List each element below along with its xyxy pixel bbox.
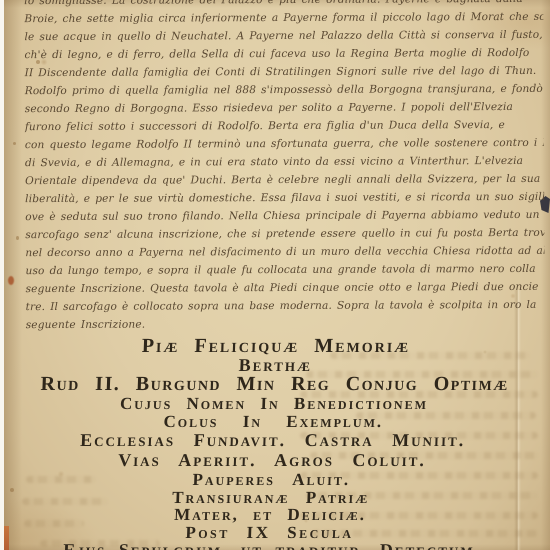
foxing-speck bbox=[13, 142, 16, 145]
inscription-line: Berthæ bbox=[8, 357, 544, 374]
manuscript-line: Orientale dipendeva da que' Duchi. Berta… bbox=[25, 170, 544, 190]
manuscript-line: seguente Inscrizione. Questa tavola è al… bbox=[26, 278, 545, 298]
manuscript-line: sarcofago senz' alcuna inscrizione, che … bbox=[25, 224, 544, 244]
manuscript-line: Broie, che sette miglia circa inferiorme… bbox=[24, 8, 543, 28]
inscription-line: Mater, et Deliciæ. bbox=[2, 506, 538, 524]
red-ink-stain bbox=[8, 276, 14, 285]
inscription-line: Rud II. Burgund Min Reg Conjug Optimæ bbox=[7, 374, 543, 395]
manuscript-line: Rodolfo primo di quella famiglia nel 888… bbox=[25, 80, 544, 100]
inscription-line: Vias Aperiit. Agros Coluit. bbox=[4, 450, 540, 470]
inscription-line: Colus In Exemplum. bbox=[6, 413, 542, 431]
inscription-line: Cujus Nomen In Benedictionem bbox=[6, 395, 542, 413]
inscription-line: Ecclesias Fundavit. Castra Muniit. bbox=[5, 431, 541, 450]
inscription-line: Pauperes Aluit. bbox=[3, 470, 539, 490]
manuscript-line: nel decorso anno a Payerna nel disfacime… bbox=[25, 242, 544, 262]
manuscript-line: con questo legame Rodolfo II terminò una… bbox=[25, 134, 544, 154]
inscription-line: Ejus Sepulcrum, ut traditur, Detectum bbox=[1, 542, 537, 550]
manuscript-line: le sue acque in quello di Neuchatel. A P… bbox=[24, 26, 543, 46]
inscription-block: Piæ Feliciquæ Memoriæ Berthæ Rud II. Bur… bbox=[1, 336, 544, 550]
inscription-line: Transiuranæ Patriæ bbox=[3, 490, 539, 506]
manuscript-line: II Discendente dalla famiglia dei Conti … bbox=[25, 62, 544, 82]
foxing-speck bbox=[16, 236, 19, 240]
manuscript-line: ch'è di legno, e di ferro, della Sella d… bbox=[24, 44, 543, 64]
manuscript-line: tre. Il sarcofago è collocato sopra una … bbox=[26, 296, 545, 316]
manuscript-line: liberalità, e per le sue virtù domestich… bbox=[25, 188, 544, 208]
manuscript-scan: lo somigliasse. La costruzione del Palaz… bbox=[0, 0, 550, 550]
manuscript-line: uso da lungo tempo, e sopra il quale fu … bbox=[25, 260, 544, 280]
manuscript-line: di Svevia, e di Allemagna, e in cui era … bbox=[25, 152, 544, 172]
manuscript-line: seguente Inscrizione. bbox=[26, 314, 545, 334]
manuscript-line: secondo Regno di Borgogna. Esso risiedev… bbox=[25, 98, 544, 118]
manuscript-line: ove è seduta sul suo trono filando. Nell… bbox=[25, 206, 544, 226]
inscription-line: Piæ Feliciquæ Memoriæ bbox=[8, 336, 544, 357]
manuscript-line: furono felici sotto i successori di Rodo… bbox=[25, 116, 544, 136]
handwriting-block: lo somigliasse. La costruzione del Palaz… bbox=[24, 0, 544, 334]
